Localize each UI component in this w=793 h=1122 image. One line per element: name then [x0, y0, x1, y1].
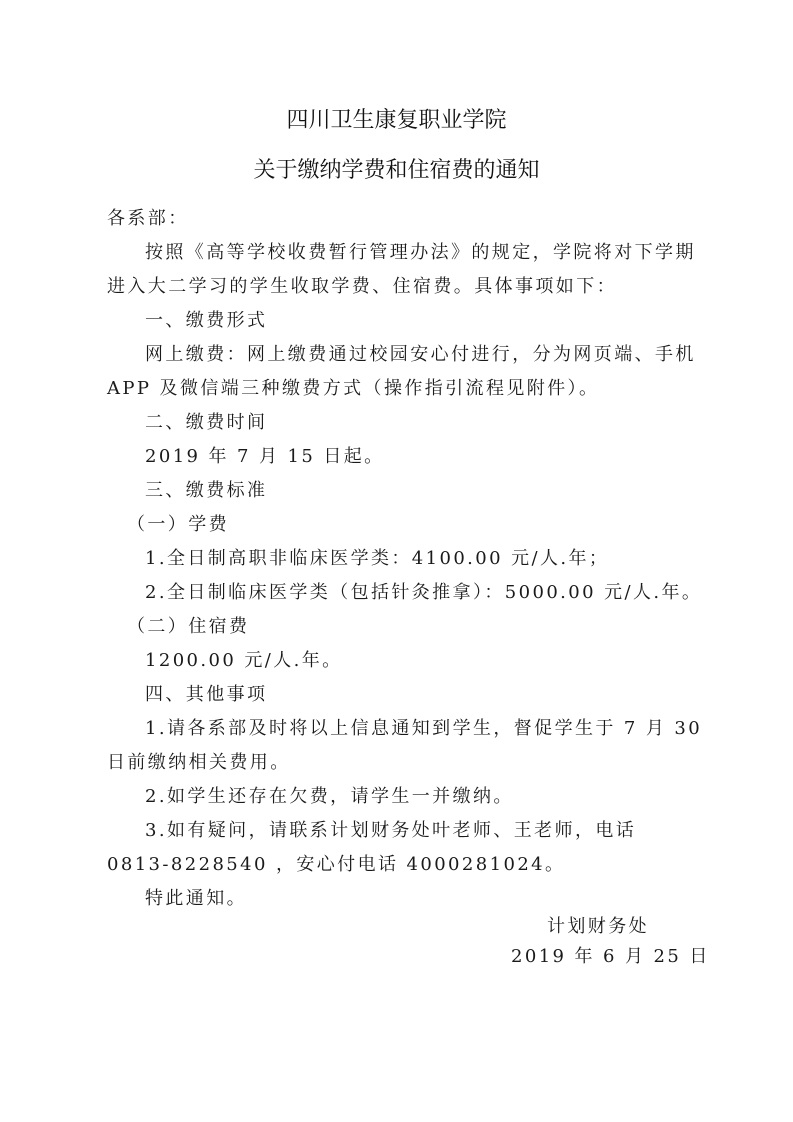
section4-item3-line1: 3.如有疑问，请联系计划财务处叶老师、王老师，电话 — [145, 819, 636, 843]
section1-heading: 一、缴费形式 — [145, 309, 267, 333]
section1-text-line1: 网上缴费：网上缴费通过校园安心付进行，分为网页端、手机 — [145, 343, 696, 367]
signature-date: 2019 年 6 月 25 日 — [511, 945, 710, 969]
document-title-subject: 关于缴纳学费和住宿费的通知 — [0, 153, 793, 184]
intro-paragraph-line2: 进入大二学习的学生收取学费、住宿费。具体事项如下： — [107, 275, 617, 299]
document-page: 四川卫生康复职业学院 关于缴纳学费和住宿费的通知 各系部： 按照《高等学校收费暂… — [0, 0, 793, 1122]
section4-item1-line1: 1.请各系部及时将以上信息通知到学生，督促学生于 7 月 30 — [145, 717, 702, 741]
document-title-institution: 四川卫生康复职业学院 — [0, 103, 793, 134]
section4-item2: 2.如学生还存在欠费，请学生一并缴纳。 — [145, 785, 514, 809]
closing-text: 特此通知。 — [145, 887, 247, 911]
intro-paragraph-line1: 按照《高等学校收费暂行管理办法》的规定，学院将对下学期 — [145, 241, 696, 265]
section1-text-line2: APP 及微信端三种缴费方式（操作指引流程见附件）。 — [107, 377, 599, 401]
section2-heading: 二、缴费时间 — [145, 411, 267, 435]
tuition-item-2: 2.全日制临床医学类（包括针灸推拿）：5000.00 元/人.年。 — [145, 581, 702, 605]
section4-item1-line2: 日前缴纳相关费用。 — [107, 751, 291, 775]
dorm-heading: （二）住宿费 — [127, 615, 249, 639]
section4-heading: 四、其他事项 — [145, 683, 267, 707]
salutation: 各系部： — [107, 207, 189, 231]
signature-department: 计划财务处 — [547, 915, 649, 939]
tuition-item-1: 1.全日制高职非临床医学类：4100.00 元/人.年； — [145, 547, 609, 571]
section3-heading: 三、缴费标准 — [145, 479, 267, 503]
section4-item3-line2: 0813-8228540 ，安心付电话 4000281024。 — [107, 853, 565, 877]
tuition-heading: （一）学费 — [127, 513, 229, 537]
dorm-text: 1200.00 元/人.年。 — [145, 649, 343, 673]
section2-text: 2019 年 7 月 15 日起。 — [145, 445, 385, 469]
